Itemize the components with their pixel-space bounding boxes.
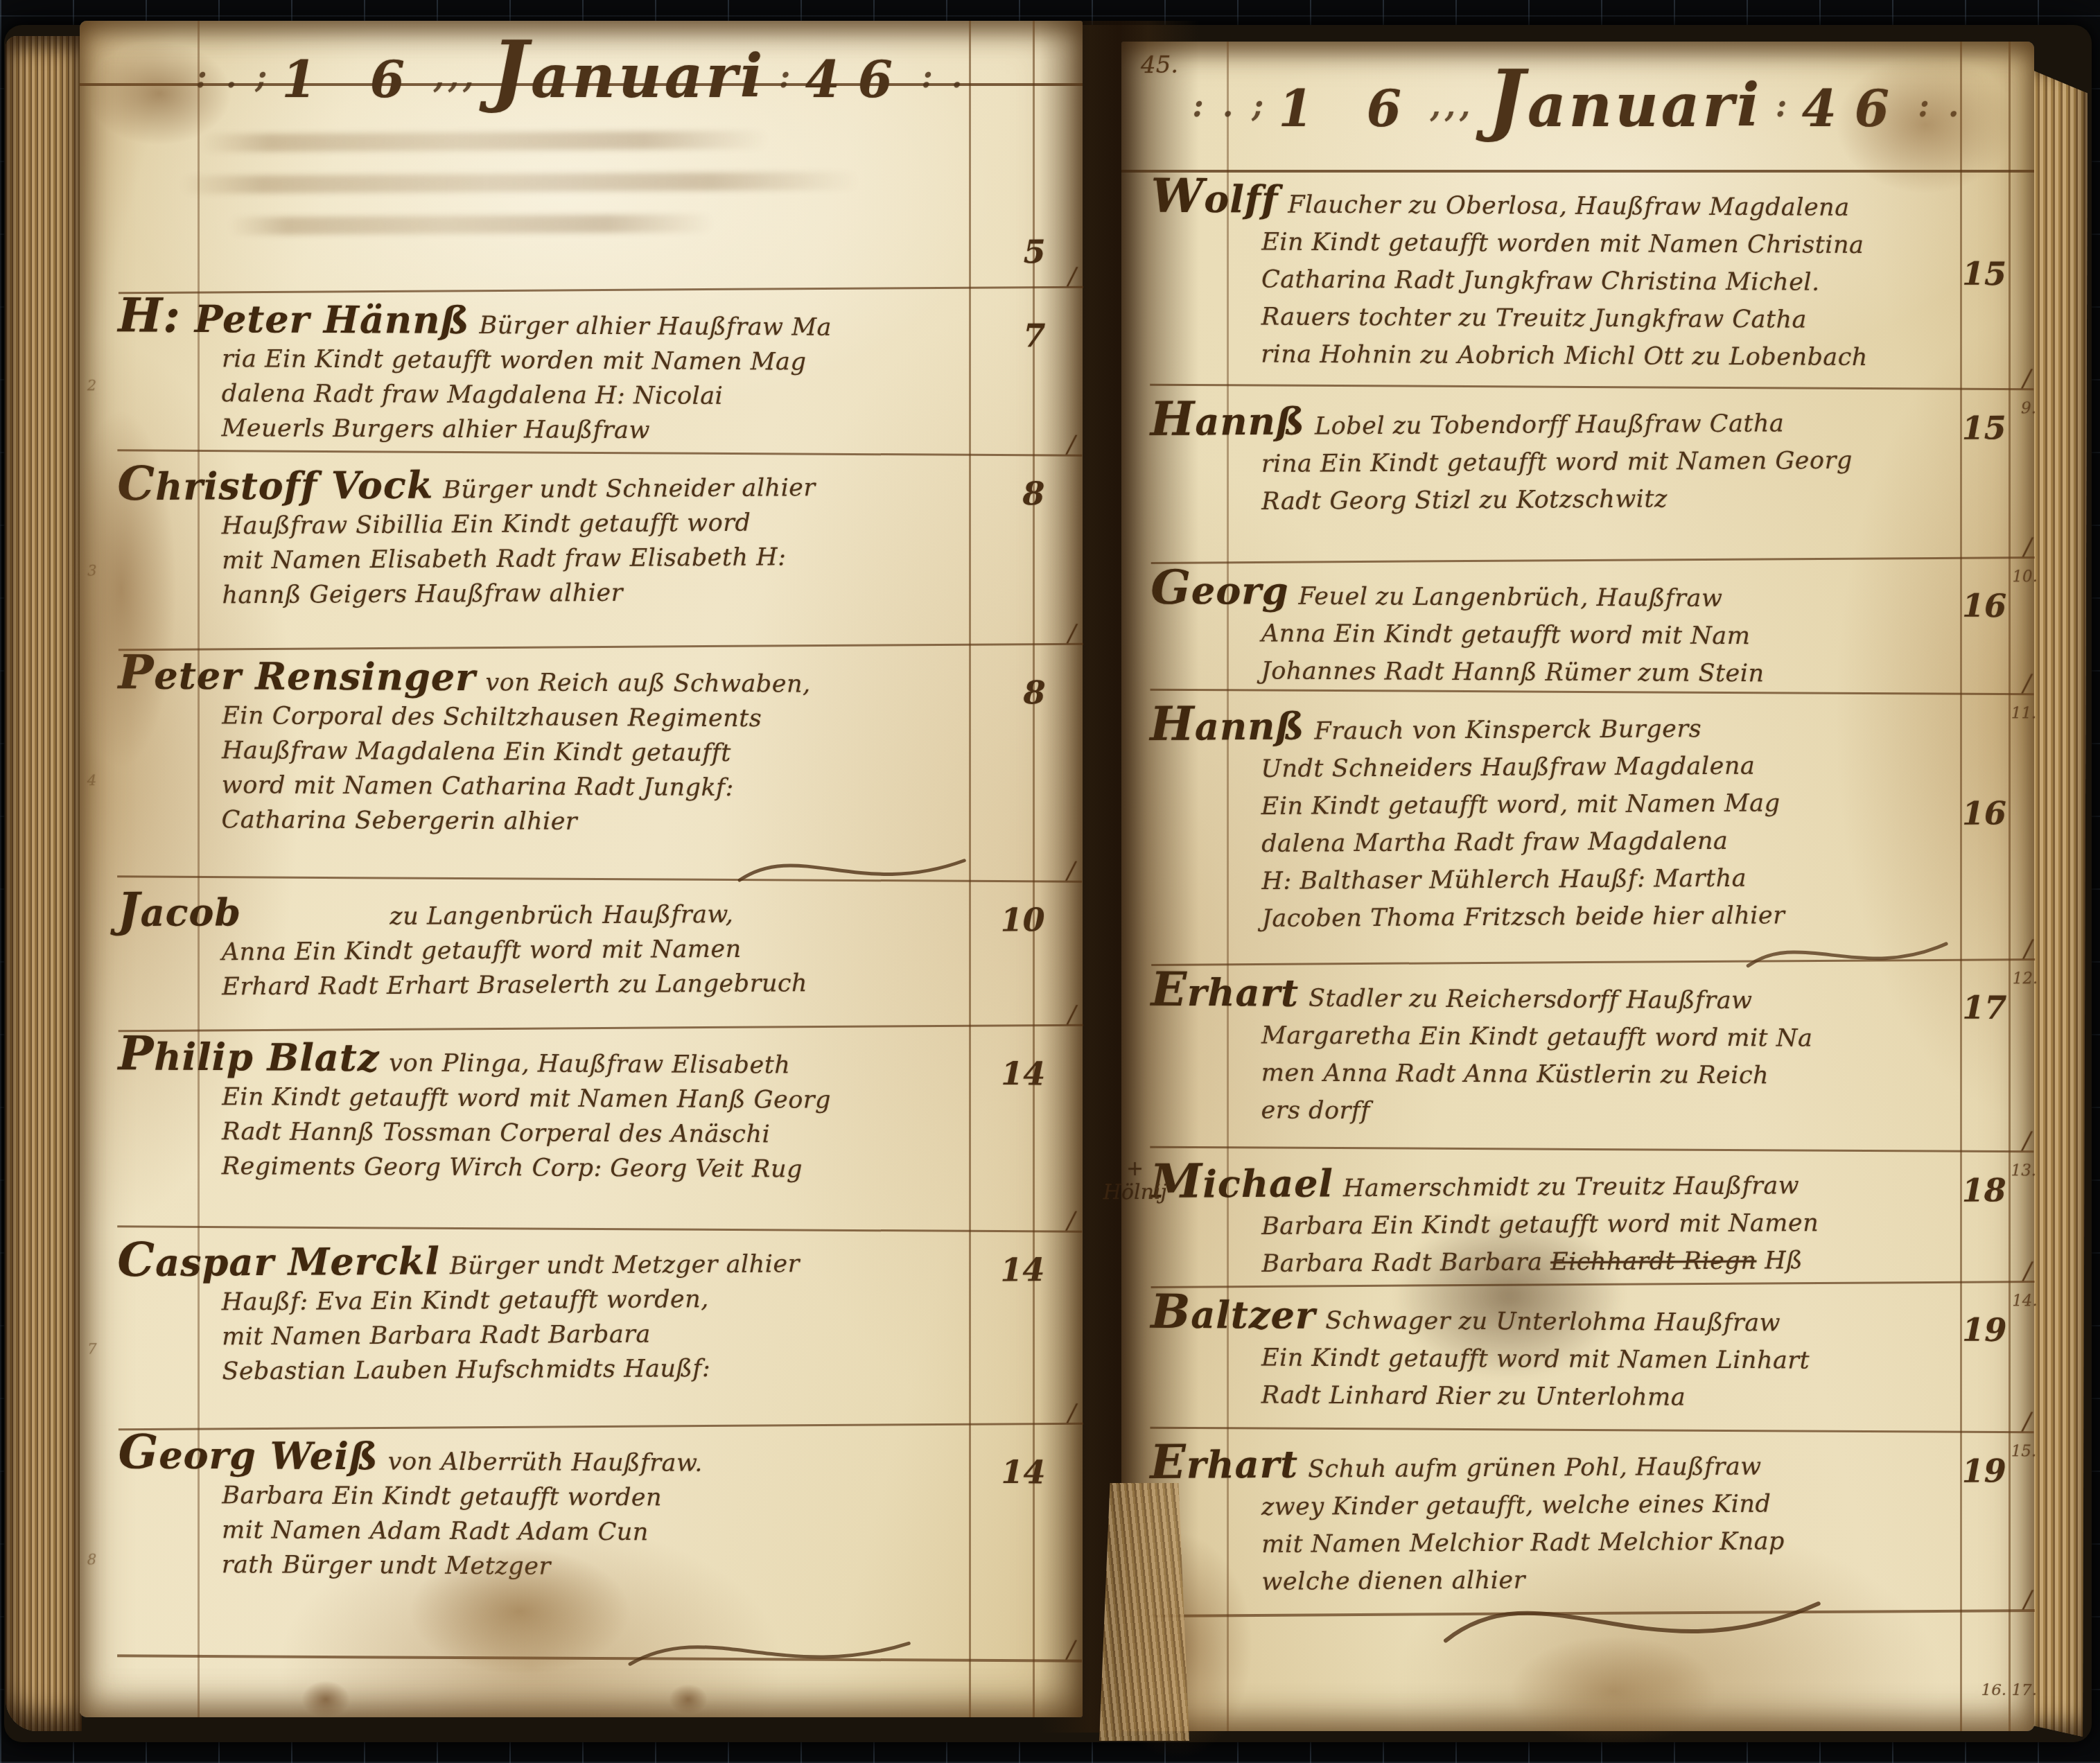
father-name: Jacob: [117, 890, 241, 935]
day-number: 10: [1001, 901, 1045, 938]
day-number: 14: [1001, 1055, 1045, 1092]
entry-line: zwey Kinder getaufft, welche eines Kind: [1261, 1484, 1960, 1526]
entry-line: Jacoben Thoma Fritzsch beide hier alhier: [1262, 896, 1961, 938]
entry-line: zu Langenbrüch Haußfraw,: [390, 901, 733, 931]
baptism-entry: 5 /: [117, 80, 1083, 294]
day-number: 7: [1023, 317, 1045, 354]
entry-line: Ein Kindt getaufft word mit Namen Linhar…: [1261, 1340, 1960, 1380]
entry-line: Sebastian Lauben Hufschmidts Haußf:: [222, 1350, 969, 1389]
father-name: Baltzer: [1150, 1292, 1315, 1337]
baptism-entry: ErhartStadler zu Reichersdorff Haußfraw …: [1150, 961, 2034, 1153]
entry-line: Regiments Georg Wirch Corp: Georg Veit R…: [222, 1149, 969, 1188]
faded-writing: [201, 131, 769, 152]
baptism-entry: HannßLobel zu Tobendorff Haußfraw Catha …: [1150, 385, 2035, 564]
entry-line: Radt Georg Stizl zu Kotzschwitz: [1261, 479, 1960, 520]
entry-line: Ein Kindt getaufft worden mit Namen Chri…: [1261, 224, 1960, 265]
day-number: 8: [1022, 475, 1044, 512]
father-name: Georg: [1150, 568, 1289, 613]
entry-text: WolffFlaucher zu Oberlosa, Haußfraw Magd…: [1150, 177, 1960, 377]
baptism-entry: BaltzerSchwager zu Unterlohma Haußfraw E…: [1150, 1283, 2034, 1434]
entry-text: Christoff VockBürger undt Schneider alhi…: [117, 462, 969, 613]
right-page: 45. : . ; 1 6 ,,, Januari : 46 : . Wolff…: [1121, 42, 2034, 1731]
entry-line: mit Namen Barbara Radt Barbara: [222, 1315, 969, 1355]
pen-tick: /: [1067, 1636, 1076, 1664]
day-number: 17: [1962, 989, 2006, 1026]
father-name: Philip Blatz: [118, 1034, 379, 1080]
entry-line: Bürger undt Schneider alhier: [443, 474, 816, 504]
day-number: 14: [1001, 1453, 1045, 1491]
entry-sequence-number: 8: [87, 1551, 97, 1568]
entry-line: welche dienen alhier: [1261, 1559, 1960, 1601]
entry-text: ErhartStadler zu Reichersdorff Haußfraw …: [1150, 971, 1960, 1133]
entry-line: rina Ein Kindt getaufft word mit Namen G…: [1261, 441, 1960, 483]
entry-sequence-number: 7: [87, 1341, 97, 1358]
entry-line: Ein Kindt getaufft word mit Namen Hanß G…: [222, 1080, 969, 1119]
entry-line: Flaucher zu Oberlosa, Haußfraw Magdalena: [1288, 191, 1849, 222]
entry-text: BaltzerSchwager zu Unterlohma Haußfraw E…: [1150, 1293, 1961, 1418]
pen-tick: /: [2024, 935, 2032, 963]
entry-line: Anna Ein Kindt getaufft word mit Namen: [222, 931, 969, 970]
entry-line: von Reich auß Schwaben,: [485, 669, 810, 698]
entry-line: Feuel zu Langenbrüch, Haußfraw: [1298, 583, 1722, 613]
header-colon: :: [1776, 89, 1791, 124]
entry-line: Frauch von Kinsperck Burgers: [1314, 715, 1701, 745]
entry-text: Peter Rensingervon Reich auß Schwaben, E…: [117, 655, 969, 841]
day-number: 19: [1961, 1452, 2006, 1489]
baptism-entry: Philip Blatzvon Plinga, Haußfraw Elisabe…: [117, 1026, 1083, 1232]
header-year-16: 1 6: [1279, 79, 1419, 138]
entry-line: Undt Schneiders Haußfraw Magdalena: [1261, 746, 1959, 788]
father-name: Hannß: [1150, 399, 1305, 444]
book-fore-edge: [6, 36, 82, 1731]
right-page-entries: WolffFlaucher zu Oberlosa, Haußfraw Magd…: [1150, 170, 2034, 1726]
right-page-footer: 16. 17.: [1150, 1615, 2034, 1726]
entry-sequence-number: 4: [87, 772, 97, 789]
father-name: Hannß: [1150, 704, 1305, 749]
entry-text: MichaelHamerschmidt zu Treuitz Haußfraw …: [1150, 1158, 1961, 1283]
stain: [301, 1681, 350, 1718]
entry-sequence-number: 16. 17.: [1981, 1681, 2037, 1699]
entry-line: Haußfraw Sibillia Ein Kindt getaufft wor…: [222, 505, 969, 544]
margin-note-plus: +: [1103, 1157, 1166, 1182]
father-name: H: Peter Hännß: [118, 296, 469, 342]
entry-line: mit Namen Melchior Radt Melchior Knap: [1261, 1522, 1960, 1563]
left-page: : . ; 1 6 ,,, Januari : 46 : . 5 / 2 H: …: [80, 21, 1083, 1717]
entry-line: men Anna Radt Anna Küstlerin zu Reich: [1261, 1054, 1960, 1095]
father-name: Erhart: [1150, 970, 1299, 1015]
entry-line: Radt Linhard Rier zu Unterlohma: [1261, 1376, 1960, 1417]
father-name: Wolff: [1150, 177, 1278, 222]
entry-text: Georg Weißvon Alberrüth Haußfraw. Barbar…: [118, 1435, 970, 1586]
entry-line: Schwager zu Unterlohma Haußfraw: [1325, 1307, 1780, 1337]
entry-line: mit Namen Elisabeth Radt fraw Elisabeth …: [222, 539, 969, 579]
baptism-entry: 7 Caspar MercklBürger undt Metzger alhie…: [117, 1227, 1083, 1430]
pen-tick: /: [1068, 620, 1076, 647]
baptism-entry: 4 Peter Rensingervon Reich auß Schwaben,…: [117, 645, 1083, 882]
header-dots: : . ;: [1193, 89, 1268, 124]
left-page-entries: 5 / 2 H: Peter HännßBürger alhier Haußfr…: [118, 83, 1083, 1660]
father-name: Erhart: [1150, 1442, 1298, 1487]
day-number: 14: [1000, 1251, 1044, 1288]
header-month: Januari: [1488, 54, 1762, 145]
entry-line: Erhard Radt Erhart Braselerth zu Langebr…: [222, 965, 969, 1005]
father-name: Caspar Merckl: [117, 1238, 440, 1285]
pen-tick: /: [1068, 263, 1076, 290]
gutter-page-edges: [1099, 1483, 1189, 1741]
entry-line: Barbara Radt Barbara Eichhardt Riegn Hß: [1261, 1241, 1960, 1283]
entry-line: ria Ein Kindt getaufft worden mit Namen …: [222, 342, 969, 380]
baptism-entry: 2 H: Peter HännßBürger alhier Haußfraw M…: [117, 288, 1083, 456]
struck-text: Eichhardt Riegn: [1550, 1247, 1757, 1277]
baptism-entry: GeorgFeuel zu Langenbrüch, Haußfraw Anna…: [1150, 559, 2035, 696]
entry-line: dalena Martha Radt fraw Magdalena: [1261, 821, 1960, 863]
entry-text: Caspar MercklBürger undt Metzger alhier …: [117, 1238, 969, 1389]
entry-line: von Plinga, Haußfraw Elisabeth: [389, 1049, 790, 1079]
entry-line: Haußfraw Magdalena Ein Kindt getaufft: [222, 733, 969, 772]
right-page-header: 45. : . ; 1 6 ,,, Januari : 46 : .: [1121, 42, 2034, 173]
entry-line: Johannes Radt Hannß Rümer zum Stein: [1261, 652, 1960, 693]
entry-line: Haußf: Eva Ein Kindt getaufft worden,: [222, 1281, 969, 1320]
entry-line: Lobel zu Tobendorff Haußfraw Catha: [1315, 410, 1785, 440]
day-number: 8: [1023, 674, 1045, 711]
photo-grid-mat: : . ; 1 6 ,,, Januari : 46 : . 5 / 2 H: …: [0, 0, 2100, 1763]
entry-line-part: Barbara Radt Barbara: [1261, 1248, 1550, 1278]
entry-line: Radt Hannß Tossman Corperal des Anäschi: [222, 1114, 969, 1153]
entry-line: Ein Kindt getaufft word, mit Namen Mag: [1261, 784, 1960, 825]
day-number: 19: [1962, 1311, 2006, 1349]
father-name: Georg Weiß: [118, 1432, 378, 1478]
entry-text: Jacobzu Langenbrüch Haußfraw, Anna Ein K…: [117, 888, 969, 1005]
entry-line: Schuh aufm grünen Pohl, Haußfraw: [1308, 1453, 1762, 1484]
entry-line: rath Bürger undt Metzger: [222, 1547, 969, 1586]
day-number: 15: [1962, 255, 2006, 292]
faded-writing: [180, 172, 859, 194]
baptism-entry: 8 Georg Weißvon Alberrüth Haußfraw. Barb…: [117, 1425, 1083, 1662]
entry-line: Meuerls Burgers alhier Haußfraw: [221, 411, 968, 450]
margin-note-text: Hölnij: [1103, 1181, 1167, 1205]
entry-text: H: Peter HännßBürger alhier Haußfraw Ma …: [117, 298, 969, 449]
page-number: 45.: [1141, 51, 1178, 79]
pen-tick: /: [1068, 1001, 1076, 1028]
baptism-entry: ErhartSchuh aufm grünen Pohl, Haußfraw z…: [1150, 1428, 2035, 1617]
pen-tick: /: [2024, 533, 2032, 561]
entry-line: dalena Radt fraw Magdalena H: Nicolai: [222, 376, 969, 415]
father-name: Christoff Vock: [117, 462, 433, 509]
baptism-entry: 3 Christoff VockBürger undt Schneider al…: [117, 451, 1083, 651]
day-number: 18: [1962, 1171, 2006, 1209]
header-dots: : .: [1918, 89, 1963, 124]
entry-line: Bürger undt Metzger alhier: [450, 1250, 800, 1280]
entry-line: Barbara Ein Kindt getaufft word mit Name…: [1261, 1204, 1960, 1245]
faded-writing: [229, 214, 714, 235]
entry-line: hannß Geigers Haußfraw alhier: [222, 574, 969, 613]
pen-tick: /: [1068, 1399, 1076, 1427]
pen-tick: /: [2024, 1586, 2032, 1613]
entry-text: ErhartSchuh aufm grünen Pohl, Haußfraw z…: [1150, 1439, 1960, 1602]
entry-line: Anna Ein Kindt getaufft word mit Nam: [1261, 615, 1960, 656]
baptism-entry: Jacobzu Langenbrüch Haußfraw, Anna Ein K…: [117, 877, 1083, 1032]
header-dots: ,,,: [1430, 89, 1474, 124]
baptism-entry: WolffFlaucher zu Oberlosa, Haußfraw Magd…: [1150, 168, 2035, 391]
day-number: 5: [1023, 233, 1045, 270]
entry-sequence-number: 3: [87, 563, 97, 579]
entry-line: Bürger alhier Haußfraw Ma: [479, 312, 832, 342]
entry-line: Barbara Ein Kindt getaufft worden: [222, 1478, 969, 1517]
entry-line: mit Namen Adam Radt Adam Cun: [222, 1513, 969, 1552]
entry-text: HannßLobel zu Tobendorff Haußfraw Catha …: [1150, 396, 1960, 521]
day-number: 16: [1962, 794, 2006, 832]
day-number: 16: [1962, 587, 2006, 624]
header-year-46: 46: [1802, 79, 1907, 138]
entry-line: Stadler zu Reichersdorff Haußfraw: [1309, 985, 1753, 1015]
entry-text: HannßFrauch von Kinsperck Burgers Undt S…: [1150, 701, 1961, 938]
entry-line: Ein Corporal des Schiltzhausen Regiments: [222, 699, 969, 737]
entry-line: Hamerschmidt zu Treuitz Haußfraw: [1343, 1172, 1799, 1202]
entry-line: word mit Namen Catharina Radt Jungkf:: [222, 768, 969, 807]
baptism-entry: + Hölnij MichaelHamerschmidt zu Treuitz …: [1150, 1148, 2034, 1288]
entry-text: GeorgFeuel zu Langenbrüch, Haußfraw Anna…: [1150, 569, 1961, 694]
left-page-header: : . ; 1 6 ,,, Januari : 46 : .: [80, 21, 1083, 86]
entry-sequence-number: 2: [87, 377, 97, 394]
entry-line: ers dorff: [1261, 1091, 1959, 1132]
pen-flourish-icon: [624, 1629, 916, 1679]
entry-text: Philip Blatzvon Plinga, Haußfraw Elisabe…: [118, 1036, 970, 1187]
father-name: Peter Rensinger: [118, 653, 475, 699]
entry-line: Rauers tochter zu Treuitz Jungkfraw Cath…: [1261, 298, 1960, 339]
entry-line: Catharina Sebergerin alhier: [221, 802, 968, 841]
entry-line-part: Hß: [1756, 1247, 1803, 1274]
pen-tick: /: [2024, 1257, 2032, 1285]
entry-line: rina Hohnin zu Aobrich Michl Ott zu Lobe…: [1261, 335, 1959, 376]
entry-line: Margaretha Ein Kindt getaufft word mit N…: [1261, 1017, 1960, 1058]
day-number: 15: [1961, 409, 2006, 446]
margin-note: + Hölnij: [1103, 1157, 1166, 1205]
entry-line: Catharina Radt Jungkfraw Christina Miche…: [1261, 261, 1960, 302]
stain: [669, 1684, 708, 1714]
baptism-entry: HannßFrauch von Kinsperck Burgers Undt S…: [1150, 690, 2035, 966]
father-name: Michael: [1150, 1161, 1333, 1207]
entry-line: von Alberrüth Haußfraw.: [388, 1448, 703, 1477]
entry-line: H: Balthaser Mühlerch Haußf: Martha: [1261, 859, 1960, 900]
